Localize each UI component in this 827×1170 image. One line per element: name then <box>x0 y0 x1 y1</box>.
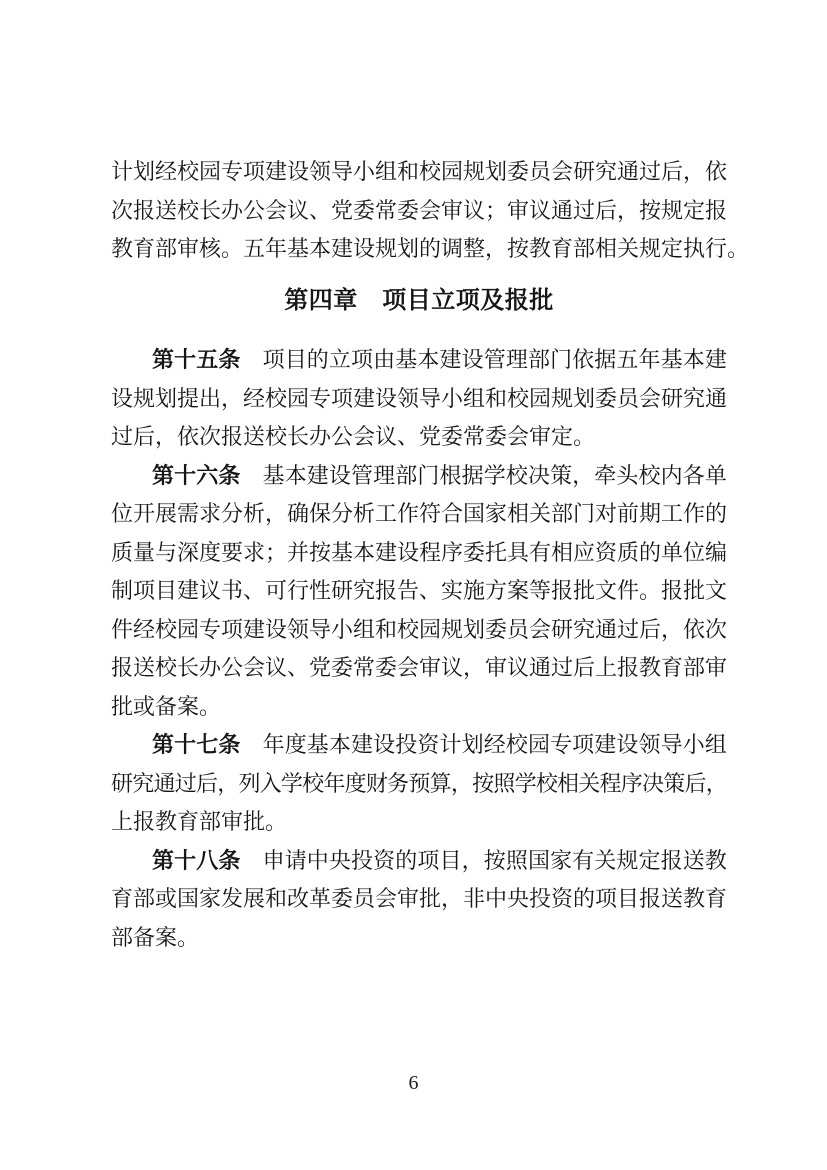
text-line-content: 研究通过后，列入学校年度财务预算，按照学校相关程序决策后， <box>111 771 727 796</box>
text-line: 报送校长办公会议、党委常委会审议，审议通过后上报教育部审 <box>111 649 727 688</box>
text-line-content: 质量与深度要求；并按基本建设程序委托具有相应资质的单位编 <box>111 540 727 565</box>
text-line-content: 第十五条 项目的立项由基本建设管理部门依据五年基本建 <box>152 347 727 372</box>
text-line-content: 报送校长办公会议、党委常委会审议，审议通过后上报教育部审 <box>111 655 727 680</box>
text-line: 第十五条 项目的立项由基本建设管理部门依据五年基本建 <box>111 341 727 380</box>
text-line: 教育部审核。五年基本建设规划的调整，按教育部相关规定执行。 <box>111 230 727 269</box>
text-line-content: 教育部审核。五年基本建设规划的调整，按教育部相关规定执行。 <box>111 236 749 261</box>
text-line: 第十七条 年度基本建设投资计划经校园专项建设领导小组 <box>111 726 727 765</box>
text-line-content: 制项目建议书、可行性研究报告、实施方案等报批文件。报批文 <box>111 578 727 603</box>
text-line: 位开展需求分析，确保分析工作符合国家相关部门对前期工作的 <box>111 495 727 534</box>
text-line: 批或备案。 <box>111 688 727 727</box>
text-line: 制项目建议书、可行性研究报告、实施方案等报批文件。报批文 <box>111 572 727 611</box>
text-line-content: 位开展需求分析，确保分析工作符合国家相关部门对前期工作的 <box>111 501 727 526</box>
text-line: 件经校园专项建设领导小组和校园规划委员会研究通过后，依次 <box>111 611 727 650</box>
page-body: 计划经校园专项建设领导小组和校园规划委员会研究通过后，依次报送校长办公会议、党委… <box>111 153 727 957</box>
text-line: 设规划提出，经校园专项建设领导小组和校园规划委员会研究通 <box>111 380 727 419</box>
text-line: 部备案。 <box>111 919 727 958</box>
text-line-content: 第十七条 年度基本建设投资计划经校园专项建设领导小组 <box>152 732 727 757</box>
text-line: 第十六条 基本建设管理部门根据学校决策，牵头校内各单 <box>111 457 727 496</box>
text-line: 第十八条 申请中央投资的项目，按照国家有关规定报送教 <box>111 842 727 881</box>
text-line-content: 计划经校园专项建设领导小组和校园规划委员会研究通过后，依 <box>111 159 727 184</box>
text-line-content: 部备案。 <box>111 925 199 950</box>
page-number: 6 <box>0 1072 827 1094</box>
article-paragraph: 第十七条 年度基本建设投资计划经校园专项建设领导小组研究通过后，列入学校年度财务… <box>111 726 727 842</box>
text-line: 育部或国家发展和改革委员会审批，非中央投资的项目报送教育 <box>111 880 727 919</box>
text-line: 过后，依次报送校长办公会议、党委常委会审定。 <box>111 418 727 457</box>
text-line-content: 第十六条 基本建设管理部门根据学校决策，牵头校内各单 <box>152 463 727 488</box>
article-paragraph: 第十五条 项目的立项由基本建设管理部门依据五年基本建设规划提出，经校园专项建设领… <box>111 341 727 457</box>
text-line: 上报教育部审批。 <box>111 803 727 842</box>
articles-section: 第十五条 项目的立项由基本建设管理部门依据五年基本建设规划提出，经校园专项建设领… <box>111 341 727 957</box>
text-line-content: 设规划提出，经校园专项建设领导小组和校园规划委员会研究通 <box>111 386 727 411</box>
article-number: 第十八条 <box>152 848 240 873</box>
text-line: 研究通过后，列入学校年度财务预算，按照学校相关程序决策后， <box>111 765 727 804</box>
chapter-heading: 第四章 项目立项及报批 <box>111 282 727 321</box>
article-paragraph: 第十六条 基本建设管理部门根据学校决策，牵头校内各单位开展需求分析，确保分析工作… <box>111 457 727 727</box>
text-line: 计划经校园专项建设领导小组和校园规划委员会研究通过后，依 <box>111 153 727 192</box>
text-line-content: 批或备案。 <box>111 694 221 719</box>
text-line: 次报送校长办公会议、党委常委会审议；审议通过后，按规定报 <box>111 192 727 231</box>
text-line-content: 上报教育部审批。 <box>111 809 287 834</box>
text-line-content: 次报送校长办公会议、党委常委会审议；审议通过后，按规定报 <box>111 198 727 223</box>
article-number: 第十五条 <box>152 347 240 372</box>
document-page: 计划经校园专项建设领导小组和校园规划委员会研究通过后，依次报送校长办公会议、党委… <box>0 0 827 1170</box>
article-paragraph: 第十八条 申请中央投资的项目，按照国家有关规定报送教育部或国家发展和改革委员会审… <box>111 842 727 958</box>
text-line-content: 件经校园专项建设领导小组和校园规划委员会研究通过后，依次 <box>111 617 727 642</box>
intro-paragraph: 计划经校园专项建设领导小组和校园规划委员会研究通过后，依次报送校长办公会议、党委… <box>111 153 727 269</box>
text-line: 质量与深度要求；并按基本建设程序委托具有相应资质的单位编 <box>111 534 727 573</box>
text-line-content: 育部或国家发展和改革委员会审批，非中央投资的项目报送教育 <box>111 886 727 911</box>
article-number: 第十七条 <box>152 732 240 757</box>
article-number: 第十六条 <box>152 463 240 488</box>
text-line-content: 过后，依次报送校长办公会议、党委常委会审定。 <box>111 424 595 449</box>
text-line-content: 第十八条 申请中央投资的项目，按照国家有关规定报送教 <box>152 848 727 873</box>
